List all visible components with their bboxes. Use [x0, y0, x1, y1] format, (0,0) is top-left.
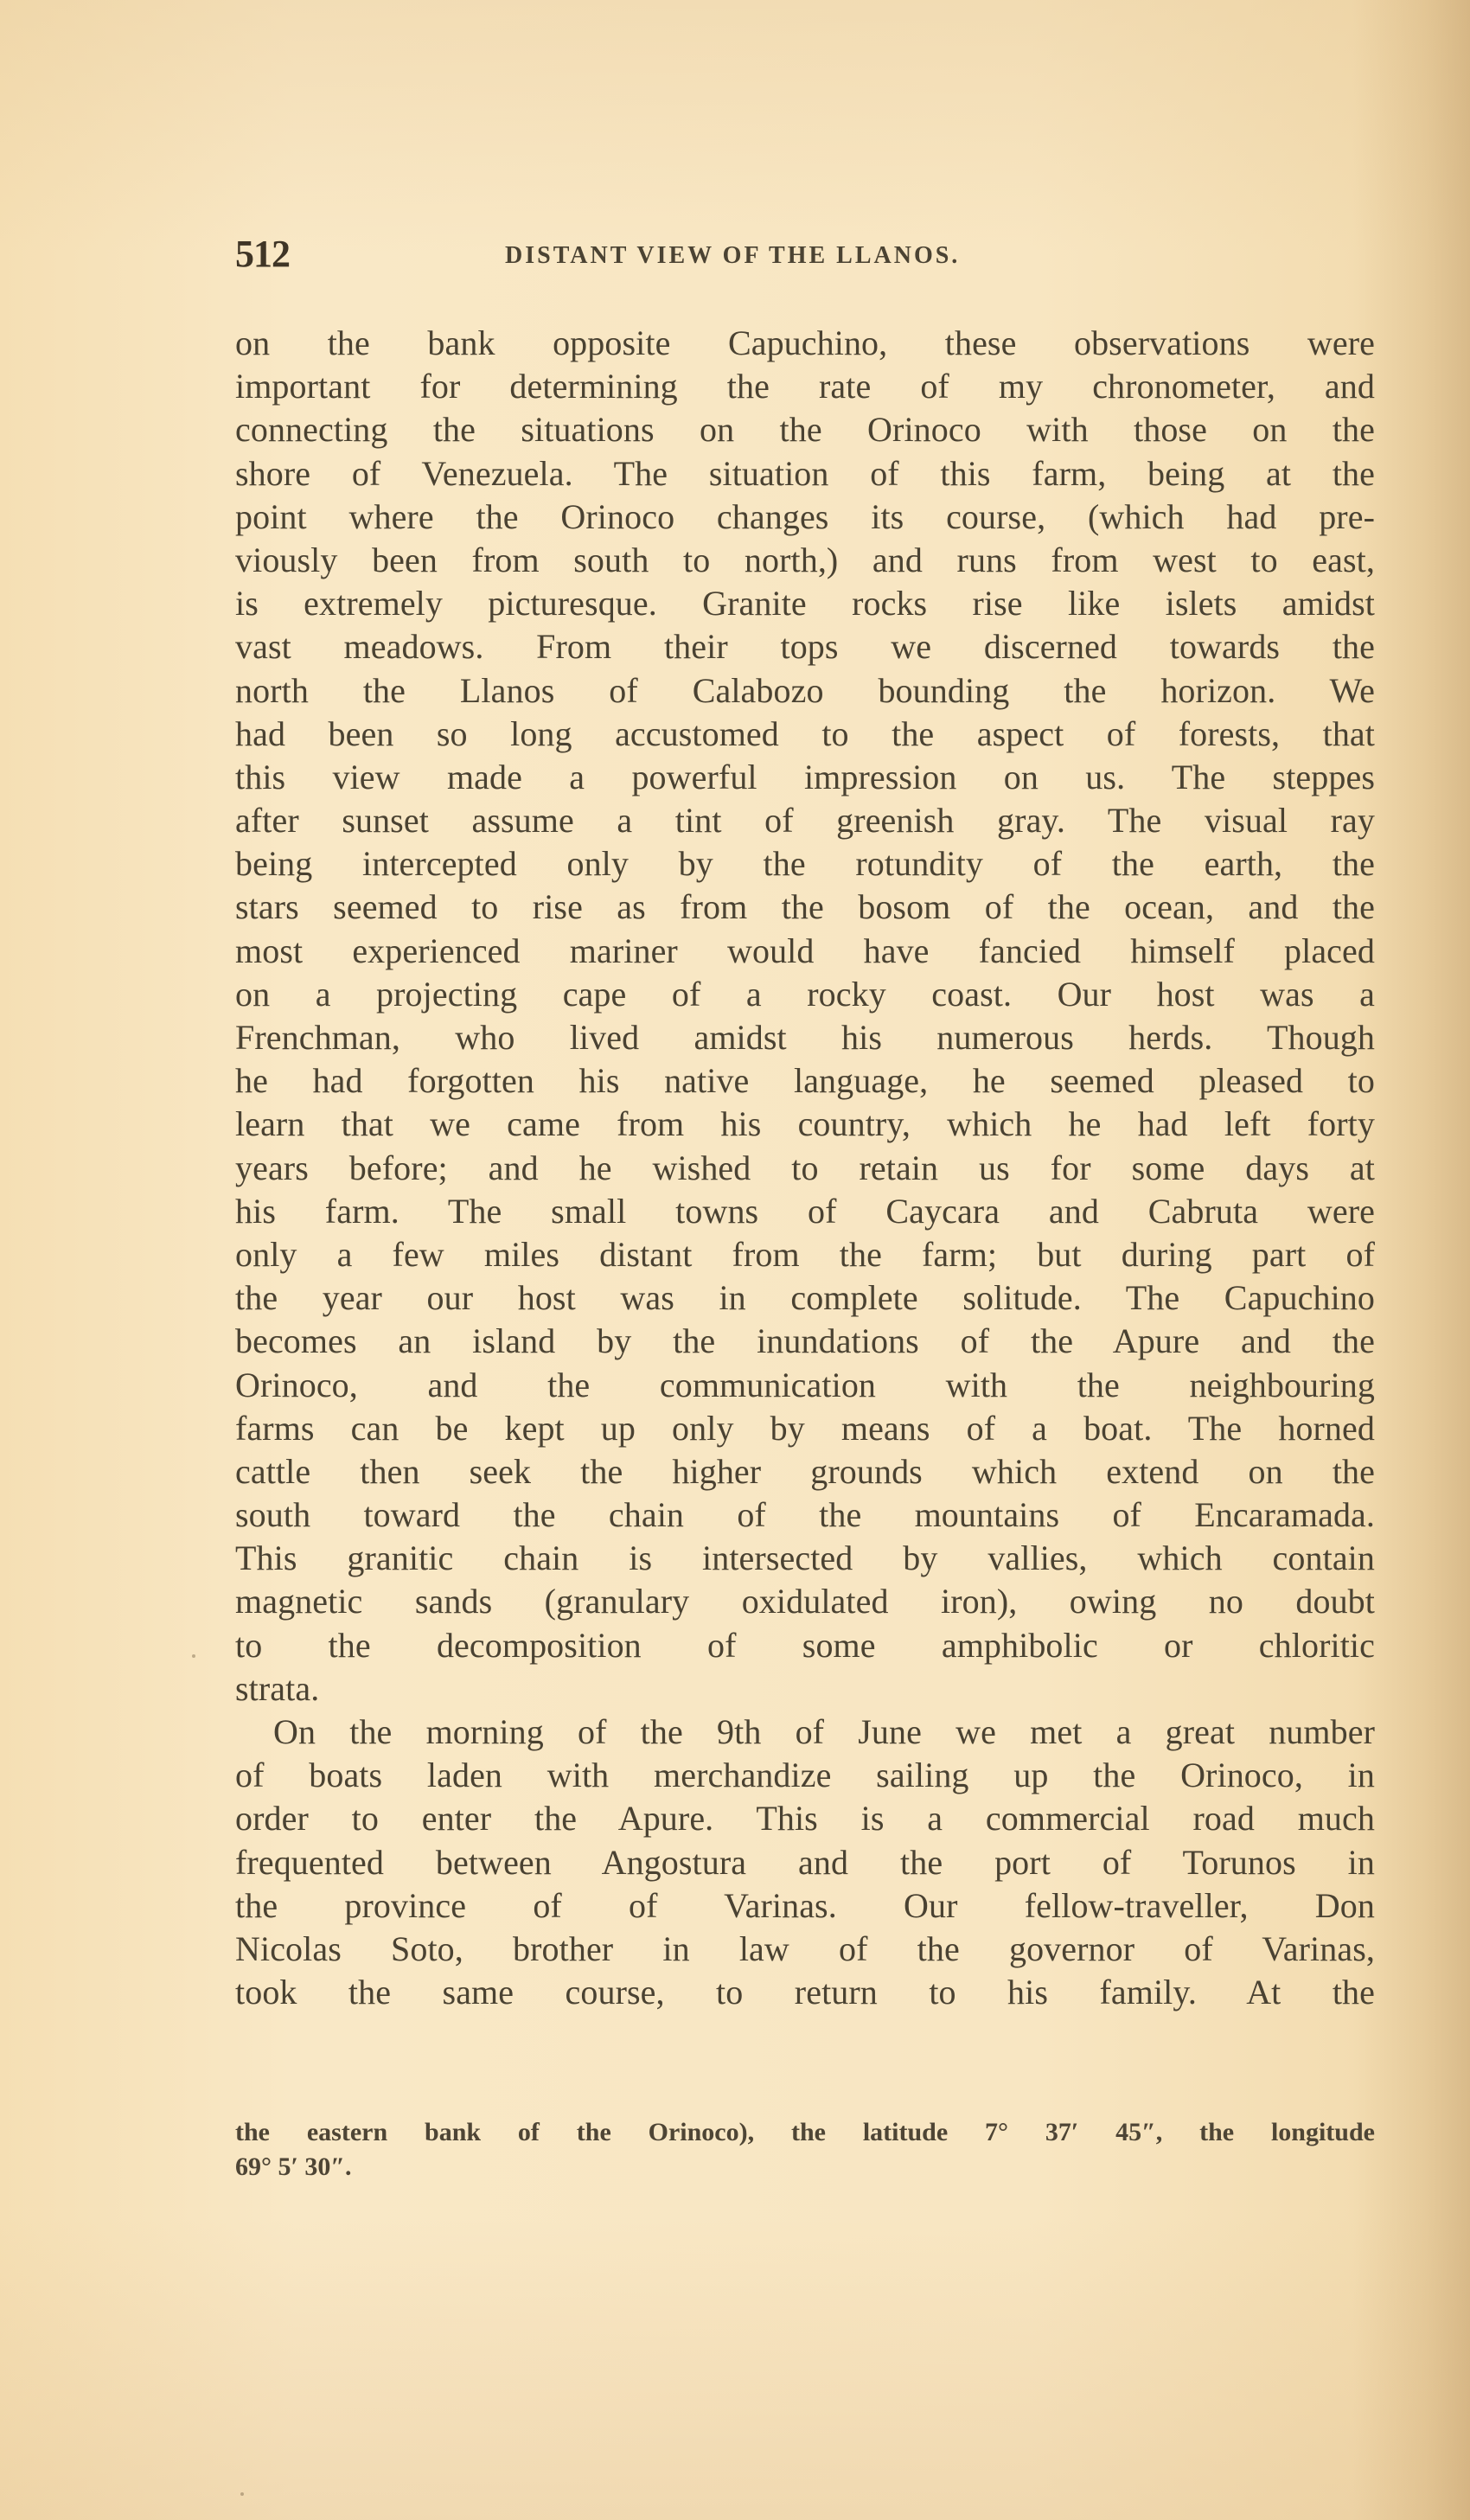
- text-line: Nicolas Soto, brother in law of the gove…: [235, 1928, 1375, 1971]
- text-line: is extremely picturesque. Granite rocks …: [235, 582, 1375, 625]
- text-line: farms can be kept up only by means of a …: [235, 1407, 1375, 1450]
- text-line: on the bank opposite Capuchino, these ob…: [235, 322, 1375, 365]
- text-line: years before; and he wished to retain us…: [235, 1147, 1375, 1190]
- text-line: connecting the situations on the Orinoco…: [235, 408, 1375, 451]
- text-line: to the decomposition of some amphibolic …: [235, 1624, 1375, 1667]
- paper-speck: [240, 2492, 244, 2496]
- text-line: north the Llanos of Calabozo bounding th…: [235, 669, 1375, 713]
- text-line: the year our host was in complete solitu…: [235, 1276, 1375, 1320]
- text-line: on a projecting cape of a rocky coast. O…: [235, 973, 1375, 1016]
- text-line: Frenchman, who lived amidst his numerous…: [235, 1016, 1375, 1059]
- text-line: learn that we came from his country, whi…: [235, 1103, 1375, 1146]
- body-text: on the bank opposite Capuchino, these ob…: [235, 322, 1375, 2014]
- text-line: This granitic chain is intersected by va…: [235, 1537, 1375, 1580]
- text-line: south toward the chain of the mountains …: [235, 1493, 1375, 1537]
- footnote-line: the eastern bank of the Orinoco), the la…: [235, 2115, 1375, 2150]
- text-line: most experienced mariner would have fanc…: [235, 930, 1375, 973]
- text-line-paragraph-start: On the morning of the 9th of June we met…: [235, 1711, 1375, 1754]
- text-line: of boats laden with merchandize sailing …: [235, 1754, 1375, 1797]
- text-line: the province of of Varinas. Our fellow-t…: [235, 1884, 1375, 1928]
- paper-speck: [192, 1654, 195, 1658]
- text-line: order to enter the Apure. This is a comm…: [235, 1797, 1375, 1840]
- book-page: 512 DISTANT VIEW OF THE LLANOS. on the b…: [0, 0, 1470, 2520]
- text-line-paragraph-end: strata.: [235, 1667, 1375, 1711]
- footnote: the eastern bank of the Orinoco), the la…: [235, 2115, 1375, 2184]
- text-line: Orinoco, and the communication with the …: [235, 1364, 1375, 1407]
- text-line: had been so long accustomed to the aspec…: [235, 713, 1375, 756]
- text-line: cattle then seek the higher grounds whic…: [235, 1450, 1375, 1493]
- text-line: shore of Venezuela. The situation of thi…: [235, 452, 1375, 496]
- text-line: viously been from south to north,) and r…: [235, 539, 1375, 582]
- text-line: only a few miles distant from the farm; …: [235, 1233, 1375, 1276]
- text-line: his farm. The small towns of Caycara and…: [235, 1190, 1375, 1233]
- text-line: being intercepted only by the rotundity …: [235, 842, 1375, 886]
- text-line: this view made a powerful impression on …: [235, 756, 1375, 799]
- running-title: DISTANT VIEW OF THE LLANOS.: [505, 242, 960, 270]
- text-line: he had forgotten his native language, he…: [235, 1059, 1375, 1103]
- text-line: stars seemed to rise as from the bosom o…: [235, 886, 1375, 929]
- running-head: 512 DISTANT VIEW OF THE LLANOS.: [235, 232, 1375, 284]
- footnote-line: 69° 5′ 30″.: [235, 2150, 1375, 2184]
- text-line: after sunset assume a tint of greenish g…: [235, 799, 1375, 842]
- text-line: becomes an island by the inundations of …: [235, 1320, 1375, 1363]
- page-number: 512: [235, 232, 290, 276]
- text-line: frequented between Angostura and the por…: [235, 1841, 1375, 1884]
- text-line: took the same course, to return to his f…: [235, 1971, 1375, 2014]
- text-line: important for determining the rate of my…: [235, 365, 1375, 408]
- text-line: point where the Orinoco changes its cour…: [235, 496, 1375, 539]
- text-line: magnetic sands (granulary oxidulated iro…: [235, 1580, 1375, 1623]
- text-line: vast meadows. From their tops we discern…: [235, 625, 1375, 668]
